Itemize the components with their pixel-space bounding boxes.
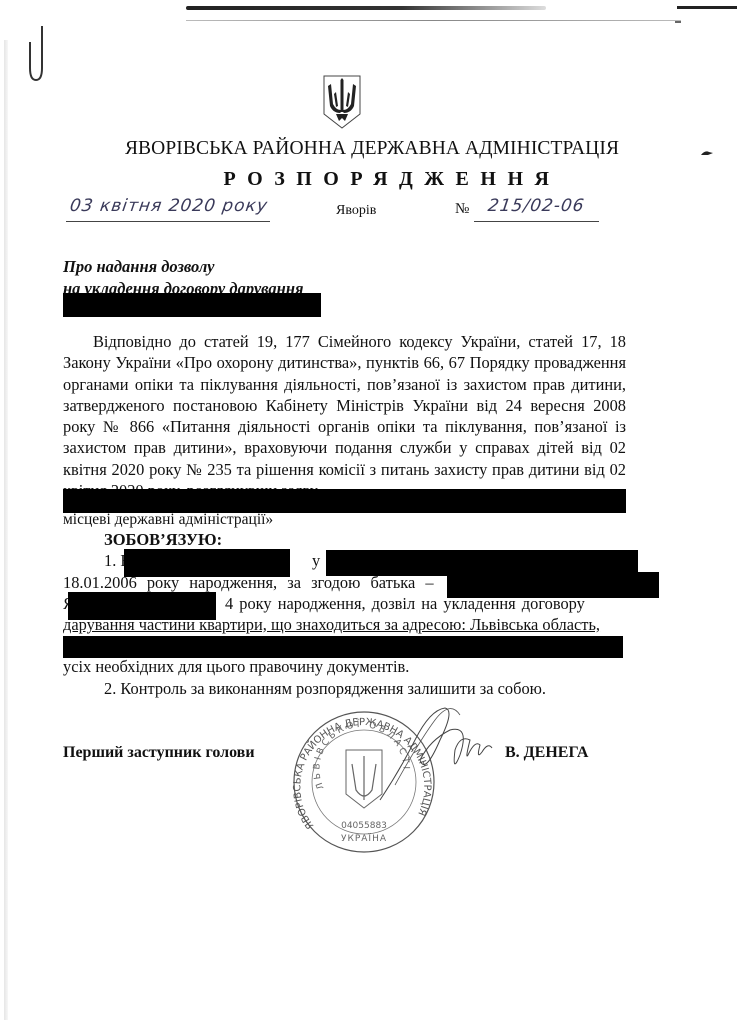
subject-line: Про надання дозволу <box>63 256 304 278</box>
scan-artifact-line <box>186 6 546 10</box>
number-label: № <box>455 201 469 218</box>
preamble-tail: місцеві державні адміністрації» <box>63 511 273 529</box>
signatory-role: Перший заступник голови <box>63 744 255 762</box>
preamble-paragraph: Відповідно до статей 19, 177 Сімейного к… <box>63 331 626 501</box>
scan-artifact-line <box>675 21 681 23</box>
document-date: 03 квітня 2020 року <box>66 196 270 222</box>
stamp-code: 04055883 <box>341 821 387 831</box>
signatory-name: В. ДЕНЕГА <box>505 744 588 762</box>
stamp-country: УКРАЇНА <box>341 833 387 844</box>
redaction-block <box>63 636 623 658</box>
redaction-block <box>63 293 321 317</box>
paperclip-icon <box>26 24 46 84</box>
item1-line2: 18.01.2006 року народження, за згодою ба… <box>63 573 434 593</box>
redaction-block <box>63 489 626 513</box>
document-number: 215/02-06 <box>474 196 599 222</box>
organization-name: ЯВОРІВСЬКА РАЙОННА ДЕРЖАВНА АДМІНІСТРАЦІ… <box>0 138 744 160</box>
item1-mid: у <box>312 551 320 571</box>
directive-heading: ЗОБОВ’ЯЗУЮ: <box>104 530 222 550</box>
number-handwritten: 215/02-06 <box>487 196 586 216</box>
tryzub-icon <box>322 74 362 130</box>
item2: 2. Контроль за виконанням розпорядження … <box>104 679 546 699</box>
item1-line6: усіх необхідних для цього правочину доку… <box>63 657 409 677</box>
handwritten-signature <box>360 700 500 810</box>
item1-line4: дарування частини квартири, що знаходить… <box>63 615 600 635</box>
scan-artifact-line <box>186 20 681 21</box>
document-title: РОЗПОРЯДЖЕННЯ <box>0 168 744 191</box>
date-handwritten: 03 квітня 2020 року <box>69 196 270 216</box>
scan-artifact-line <box>677 6 737 9</box>
document-place: Яворів <box>336 203 376 219</box>
item1-line3-end: 4 року народження, дозвіл на укладення д… <box>225 594 585 614</box>
